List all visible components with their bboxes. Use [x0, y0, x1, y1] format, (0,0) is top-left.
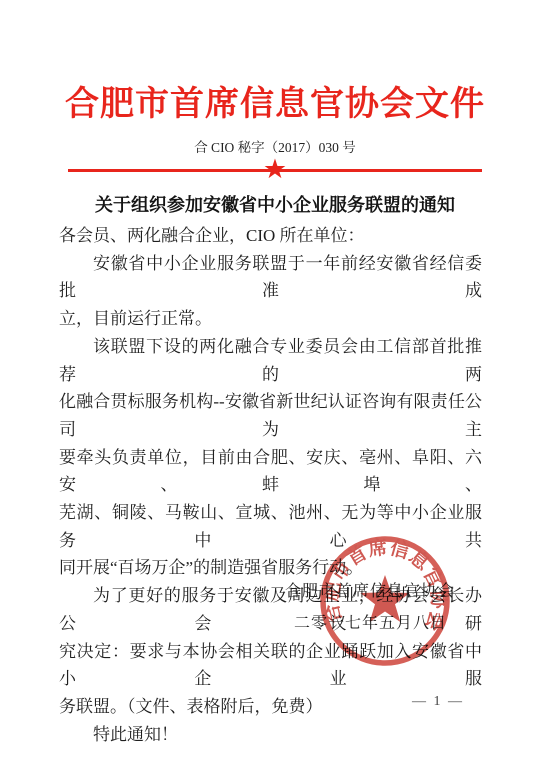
body-line-salutation: 各会员、两化融合企业，CIO 所在单位：	[59, 222, 482, 250]
notice-body: 各会员、两化融合企业，CIO 所在单位： 安徽省中小企业服务联盟于一年前经安徽省…	[59, 222, 482, 748]
body-line: 要牵头负责单位，目前由合肥、安庆、亳州、阜阳、六安、蚌埠、	[59, 444, 482, 499]
red-header-org-title: 合肥市首席信息官协会文件	[0, 76, 550, 125]
document-page: 合肥市首席信息官协会文件 合 CIO 秘字（2017）030 号 ★ 关于组织参…	[0, 0, 550, 777]
notice-title: 关于组织参加安徽省中小企业服务联盟的通知	[0, 191, 550, 217]
body-line: 化融合贯标服务机构--安徽省新世纪认证咨询有限责任公司为主	[59, 388, 482, 443]
body-line: 立，目前运行正常。	[59, 305, 482, 333]
signature-organization: 合肥市首席信息官协会	[285, 578, 455, 601]
body-line: 芜湖、铜陵、马鞍山、宣城、池州、无为等中小企业服务中心共	[59, 499, 482, 554]
document-reference-number: 合 CIO 秘字（2017）030 号	[0, 136, 550, 156]
body-line: 究决定：要求与本协会相关联的企业踊跃加入安徽省中小企业服	[59, 638, 482, 693]
body-line: 安徽省中小企业服务联盟于一年前经安徽省经信委批准成	[59, 250, 482, 305]
body-line: 该联盟下设的两化融合专业委员会由工信部首批推荐的两	[59, 333, 482, 388]
page-number: — 1 —	[378, 694, 498, 710]
signature-date: 二零一七年五月八日	[294, 610, 447, 633]
body-line-closing: 特此通知！	[59, 721, 482, 749]
star-icon: ★	[0, 156, 550, 183]
